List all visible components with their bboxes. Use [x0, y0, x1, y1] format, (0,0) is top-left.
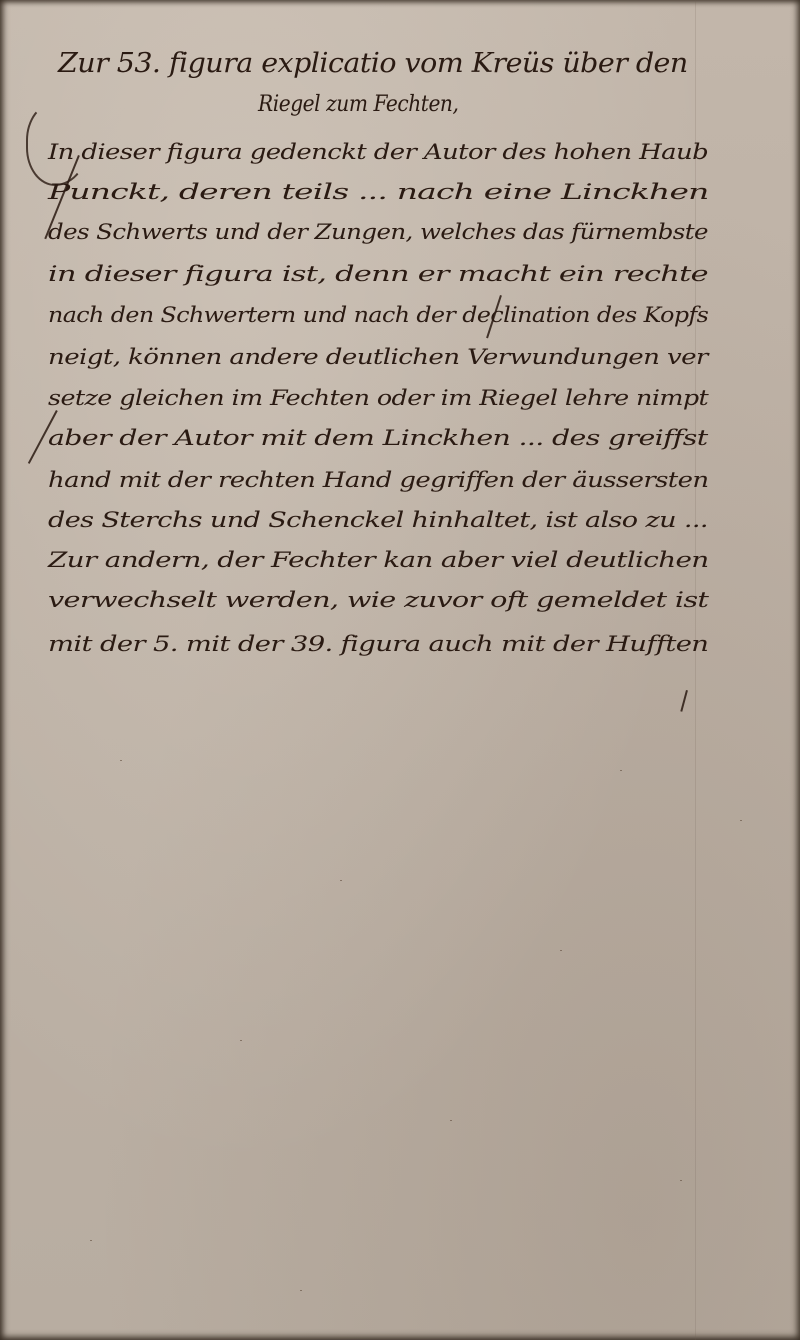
- paper-speck: [620, 770, 622, 771]
- paper-speck: [90, 1240, 92, 1241]
- body-line-12: verwechselt werden, wie zuvor oft gemeld…: [48, 588, 708, 612]
- body-line-13: mit der 5. mit der 39. figura auch mit d…: [48, 632, 708, 656]
- body-line-5: nach den Schwertern und nach der declina…: [48, 303, 708, 327]
- paper-speck: [680, 1180, 682, 1181]
- paper-speck: [560, 950, 562, 951]
- ink-ascender-stroke: [680, 690, 687, 712]
- heading-line-2: Riegel zum Fechten,: [258, 92, 458, 117]
- paper-speck: [450, 1120, 452, 1121]
- paper-speck: [120, 760, 122, 761]
- body-line-7: setze gleichen im Fechten oder im Riegel…: [48, 386, 708, 410]
- paper-speck: [300, 1290, 302, 1291]
- body-line-11: Zur andern, der Fechter kan aber viel de…: [48, 548, 709, 572]
- body-line-9: hand mit der rechten Hand gegriffen der …: [48, 468, 708, 492]
- body-line-8: aber der Autor mit dem Linckhen ... des …: [48, 426, 707, 450]
- body-line-6: neigt, können andere deutlichen Verwundu…: [48, 345, 708, 369]
- body-line-3: des Schwerts und der Zungen, welches das…: [48, 220, 708, 244]
- paper-speck: [740, 820, 742, 821]
- manuscript-page: Zur 53. figura explicatio vom Kreüs über…: [0, 0, 800, 1340]
- body-line-10: des Sterchs und Schenckel hinhaltet, ist…: [48, 508, 708, 532]
- body-line-1: In dieser figura gedenckt der Autor des …: [48, 140, 708, 164]
- heading-line-1: Zur 53. figura explicatio vom Kreüs über…: [58, 48, 688, 79]
- paper-speck: [340, 880, 342, 881]
- body-line-2: Punckt, deren teils ... nach eine Linckh…: [48, 180, 709, 204]
- paper-speck: [240, 1040, 242, 1041]
- body-line-4: in dieser figura ist, denn er macht ein …: [48, 262, 708, 286]
